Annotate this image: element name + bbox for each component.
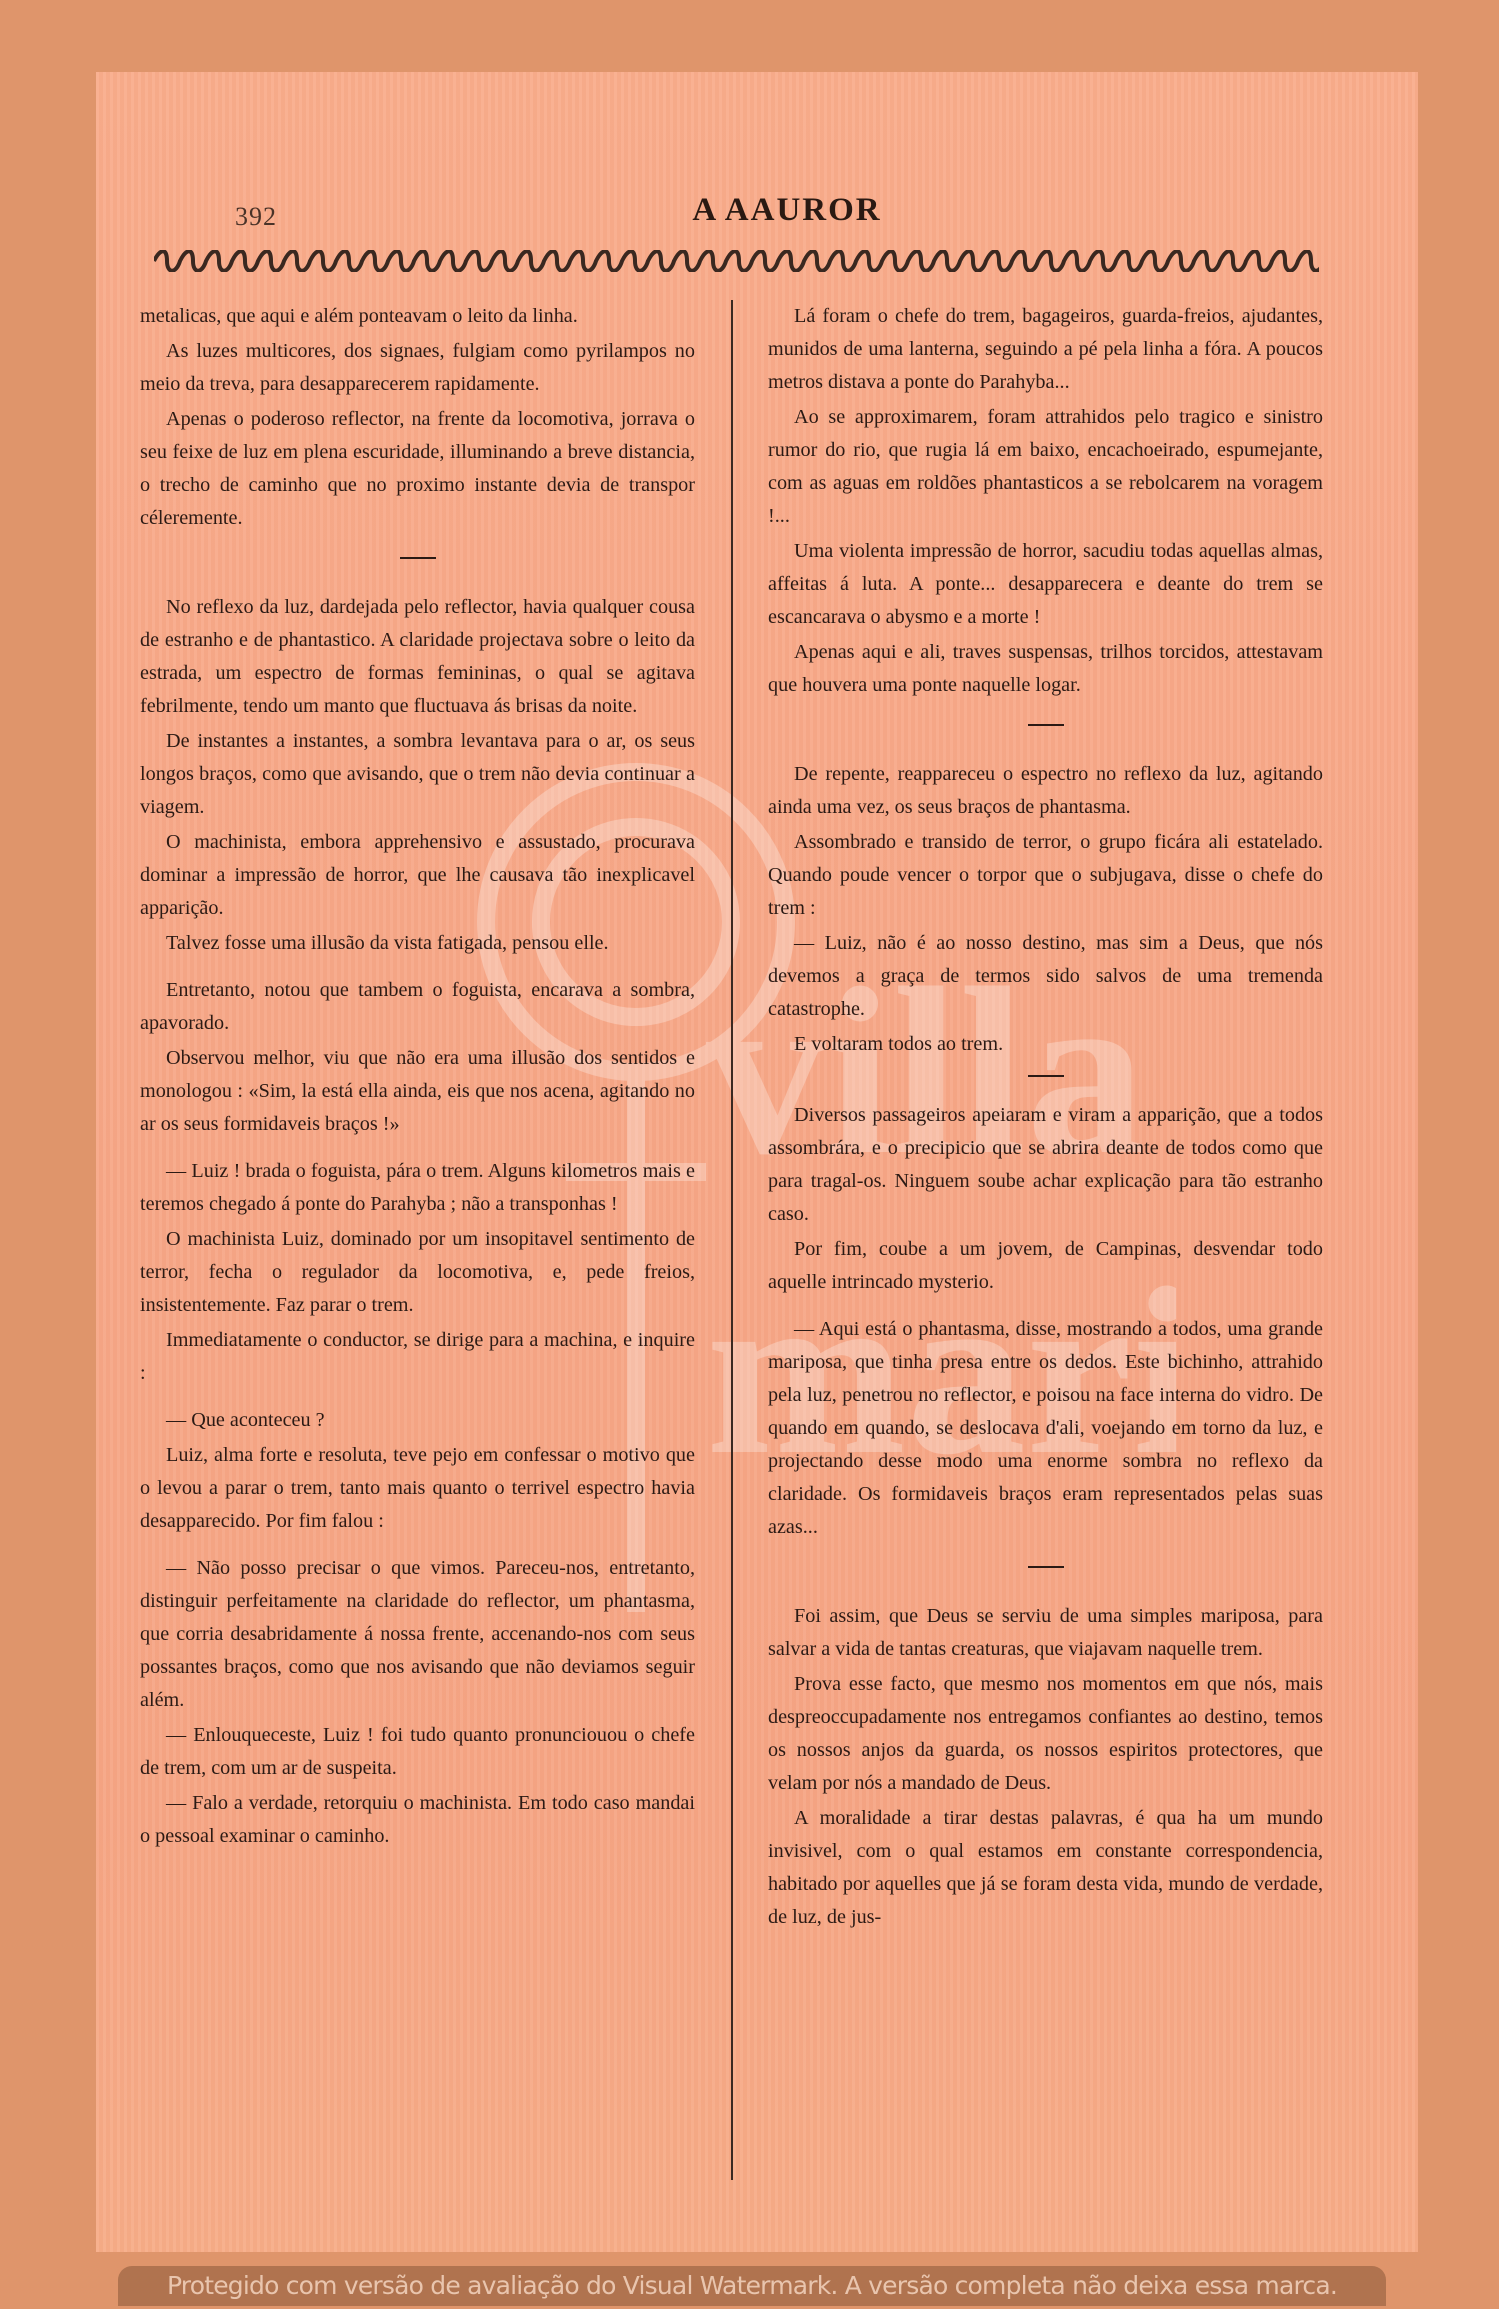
paragraph: Immediatamente o conductor, se dirige pa… <box>140 1324 695 1390</box>
paragraph: No reflexo da luz, dardejada pelo reflec… <box>140 591 695 723</box>
column-divider <box>731 300 733 2180</box>
section-separator <box>1028 724 1064 726</box>
wavy-ornament-icon <box>154 250 1319 272</box>
paragraph: — Que aconteceu ? <box>140 1404 695 1437</box>
paragraph: — Enlouqueceste, Luiz ! foi tudo quanto … <box>140 1719 695 1785</box>
page-header: 392 A AAUROR <box>96 192 1418 242</box>
paragraph: Luiz, alma forte e resoluta, teve pejo e… <box>140 1439 695 1538</box>
paragraph: Ao se approximarem, foram attrahidos pel… <box>768 401 1323 533</box>
paragraph: E voltaram todos ao trem. <box>768 1028 1323 1061</box>
paragraph: Entretanto, notou que tambem o foguista,… <box>140 974 695 1040</box>
left-column: metalicas, que aqui e além ponteavam o l… <box>140 300 695 1855</box>
paragraph: Por fim, coube a um jovem, de Campinas, … <box>768 1233 1323 1299</box>
paragraph: Apenas aqui e ali, traves suspensas, tri… <box>768 636 1323 702</box>
section-separator <box>400 557 436 559</box>
paragraph: As luzes multicores, dos signaes, fulgia… <box>140 335 695 401</box>
paragraph: metalicas, que aqui e além ponteavam o l… <box>140 300 695 333</box>
right-column: Lá foram o chefe do trem, bagageiros, gu… <box>768 300 1323 1936</box>
paragraph: Talvez fosse uma illusão da vista fatiga… <box>140 927 695 960</box>
paragraph: Prova esse facto, que mesmo nos momentos… <box>768 1668 1323 1800</box>
paragraph: — Luiz, não é ao nosso destino, mas sim … <box>768 927 1323 1026</box>
paragraph: De instantes a instantes, a sombra levan… <box>140 725 695 824</box>
scanned-page: villa maria 392 A AAUROR metalicas, que … <box>96 72 1418 2252</box>
paragraph: — Luiz ! brada o foguista, pára o trem. … <box>140 1155 695 1221</box>
paragraph: A moralidade a tirar destas palavras, é … <box>768 1802 1323 1934</box>
paragraph: Diversos passageiros apeiaram e viram a … <box>768 1099 1323 1231</box>
section-separator <box>1028 1566 1064 1568</box>
paragraph: O machinista, embora apprehensivo e assu… <box>140 826 695 925</box>
paragraph: Observou melhor, viu que não era uma ill… <box>140 1042 695 1141</box>
watermark-notice-banner: Protegido com versão de avaliação do Vis… <box>118 2266 1386 2306</box>
paragraph: O machinista Luiz, dominado por um insop… <box>140 1223 695 1322</box>
ornamental-wavy-rule <box>154 250 1319 272</box>
paragraph: Uma violenta impressão de horror, sacudi… <box>768 535 1323 634</box>
paragraph: Lá foram o chefe do trem, bagageiros, gu… <box>768 300 1323 399</box>
paragraph: Apenas o poderoso reflector, na frente d… <box>140 403 695 535</box>
paragraph: — Aqui está o phantasma, disse, mostrand… <box>768 1313 1323 1544</box>
paragraph: Foi assim, que Deus se serviu de uma sim… <box>768 1600 1323 1666</box>
paragraph: De repente, reappareceu o espectro no re… <box>768 758 1323 824</box>
journal-title: A AAUROR <box>96 192 1418 229</box>
section-separator <box>1028 1075 1064 1077</box>
paragraph: Assombrado e transido de terror, o grupo… <box>768 826 1323 925</box>
paragraph: — Falo a verdade, retorquiu o machinista… <box>140 1787 695 1853</box>
paragraph: — Não posso precisar o que vimos. Parece… <box>140 1552 695 1717</box>
